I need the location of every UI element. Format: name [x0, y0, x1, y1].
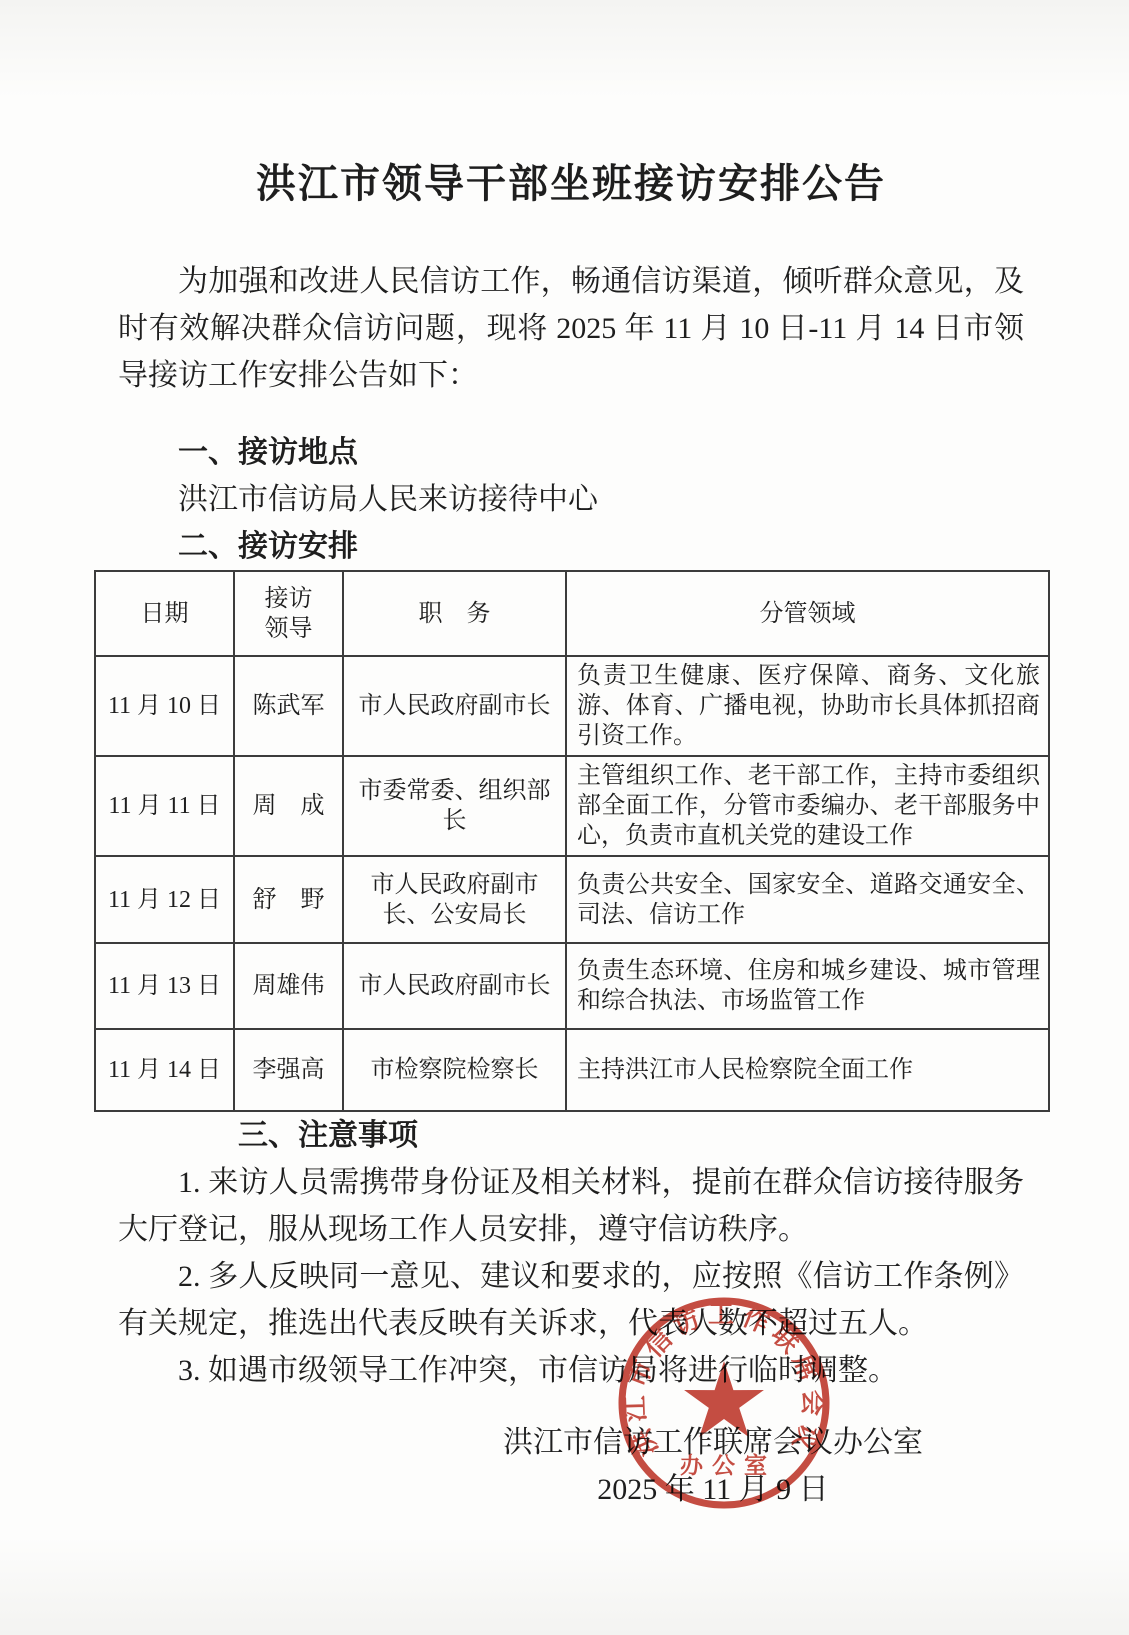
table-row: 11 月 11 日 周 成 市委常委、组织部长 主管组织工作、老干部工作，主持市…	[95, 756, 1049, 856]
note-item-3: 3. 如遇市级领导工作冲突，市信访局将进行临时调整。	[118, 1347, 1024, 1394]
cell-leader: 周 成	[234, 756, 343, 856]
cell-title: 市委常委、组织部长	[343, 756, 566, 856]
cell-title: 市检察院检察长	[343, 1029, 566, 1111]
cell-duty: 负责卫生健康、医疗保障、商务、文化旅游、体育、广播电视，协助市长具体抓招商引资工…	[566, 656, 1049, 756]
cell-duty: 负责生态环境、住房和城乡建设、城市管理和综合执法、市场监管工作	[566, 943, 1049, 1029]
document-title: 洪江市领导干部坐班接访安排公告	[81, 0, 1061, 210]
section-heading-notes: 三、注意事项	[118, 1112, 1024, 1159]
cell-leader: 陈武军	[234, 656, 343, 756]
section-heading-location: 一、接访地点	[118, 429, 1024, 476]
signature-date: 2025 年 11 月 9 日	[503, 1466, 923, 1513]
cell-date: 11 月 10 日	[95, 656, 234, 756]
cell-date: 11 月 11 日	[95, 756, 234, 856]
cell-title: 市人民政府副市长、公安局长	[343, 856, 566, 943]
cell-leader: 周雄伟	[234, 943, 343, 1029]
intro-paragraph: 为加强和改进人民信访工作，畅通信访渠道，倾听群众意见，及时有效解决群众信访问题，…	[118, 258, 1024, 399]
table-row: 11 月 14 日 李强高 市检察院检察长 主持洪江市人民检察院全面工作	[95, 1029, 1049, 1111]
header-cell-leader: 接访 领导	[234, 571, 343, 656]
table-row: 11 月 10 日 陈武军 市人民政府副市长 负责卫生健康、医疗保障、商务、文化…	[95, 656, 1049, 756]
cell-date: 11 月 12 日	[95, 856, 234, 943]
reception-location-text: 洪江市信访局人民来访接待中心	[118, 476, 1024, 523]
section-heading-schedule: 二、接访安排	[118, 523, 1024, 570]
header-cell-duty: 分管领域	[566, 571, 1049, 656]
note-item-2: 2. 多人反映同一意见、建议和要求的，应按照《信访工作条例》有关规定，推选出代表…	[118, 1253, 1024, 1347]
table-header-row: 日期 接访 领导 职 务 分管领域	[95, 571, 1049, 656]
cell-title: 市人民政府副市长	[343, 656, 566, 756]
cell-leader: 舒 野	[234, 856, 343, 943]
cell-duty: 主管组织工作、老干部工作，主持市委组织部全面工作，分管市委编办、老干部服务中心，…	[566, 756, 1049, 856]
header-cell-date: 日期	[95, 571, 234, 656]
signature-org: 洪江市信访工作联席会议办公室	[503, 1419, 923, 1466]
header-cell-title: 职 务	[343, 571, 566, 656]
table-row: 11 月 12 日 舒 野 市人民政府副市长、公安局长 负责公共安全、国家安全、…	[95, 856, 1049, 943]
cell-title: 市人民政府副市长	[343, 943, 566, 1029]
notes-section: 三、注意事项 1. 来访人员需携带身份证及相关材料，提前在群众信访接待服务大厅登…	[118, 1112, 1024, 1394]
schedule-table: 日期 接访 领导 职 务 分管领域 11 月 10 日 陈武军 市人民政府副市长…	[94, 570, 1050, 1112]
cell-leader: 李强高	[234, 1029, 343, 1111]
table-row: 11 月 13 日 周雄伟 市人民政府副市长 负责生态环境、住房和城乡建设、城市…	[95, 943, 1049, 1029]
note-item-1: 1. 来访人员需携带身份证及相关材料，提前在群众信访接待服务大厅登记，服从现场工…	[118, 1159, 1024, 1253]
cell-date: 11 月 13 日	[95, 943, 234, 1029]
signature-block: 洪江市信访工作联席会议办公室 2025 年 11 月 9 日	[503, 1419, 923, 1513]
cell-duty: 主持洪江市人民检察院全面工作	[566, 1029, 1049, 1111]
cell-duty: 负责公共安全、国家安全、道路交通安全、司法、信访工作	[566, 856, 1049, 943]
cell-date: 11 月 14 日	[95, 1029, 234, 1111]
document-page: 洪江市领导干部坐班接访安排公告 为加强和改进人民信访工作，畅通信访渠道，倾听群众…	[0, 0, 1129, 1635]
